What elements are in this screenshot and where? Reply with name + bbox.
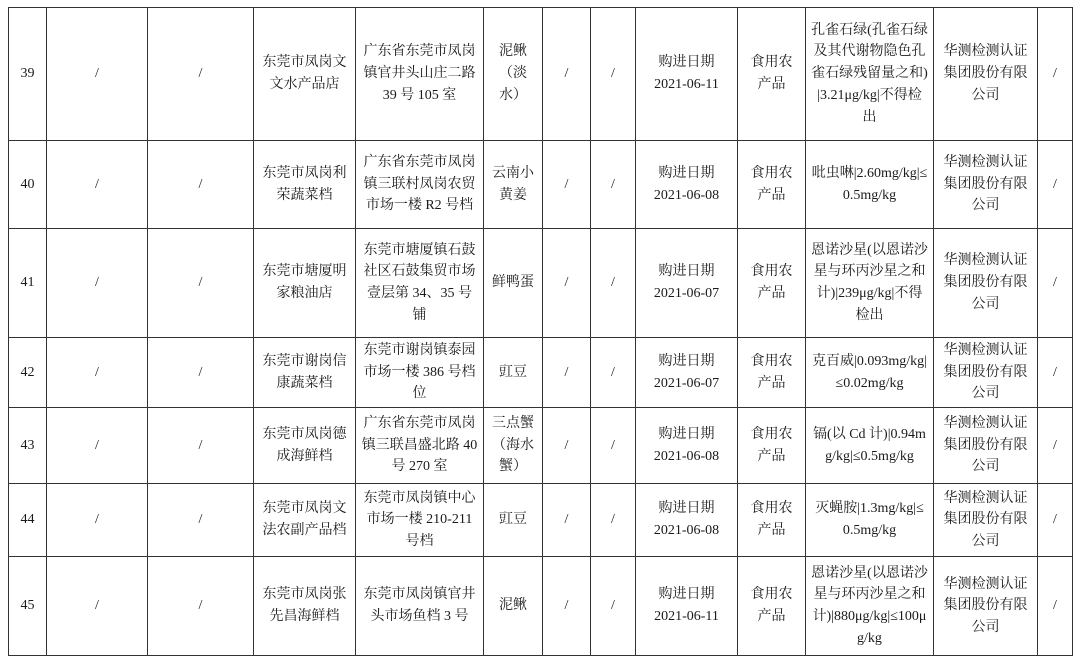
row-number-cell: 45 <box>9 557 47 656</box>
product-category-cell: 食用农 产品 <box>738 229 806 338</box>
product-category-cell: 食用农 产品 <box>738 484 806 557</box>
table-row: 39//东莞市凤岗文文水产品店广东省东莞市凤岗镇官井头山庄二路 39 号 105… <box>9 8 1073 141</box>
testing-agency-cell: 华测检测认证集团股份有限公司 <box>934 408 1038 484</box>
product-category-cell: 食用农 产品 <box>738 141 806 229</box>
seller-address-cell: 广东省东莞市凤岗镇三联昌盛北路 40 号 270 室 <box>356 408 484 484</box>
table-row: 42//东莞市谢岗信康蔬菜档东莞市谢岗镇泰园市场一楼 386 号档位豇豆//购进… <box>9 338 1073 408</box>
testing-agency-cell: 华测检测认证集团股份有限公司 <box>934 557 1038 656</box>
col7-cell: / <box>543 338 591 408</box>
inspection-table-body: 39//东莞市凤岗文文水产品店广东省东莞市凤岗镇官井头山庄二路 39 号 105… <box>9 8 1073 656</box>
col13-cell: / <box>1038 557 1073 656</box>
purchase-date-cell: 购进日期 2021-06-08 <box>636 141 738 229</box>
seller-name-cell: 东莞市凤岗利荣蔬菜档 <box>254 141 356 229</box>
col8-cell: / <box>591 229 636 338</box>
col8-cell: / <box>591 8 636 141</box>
col3-cell: / <box>148 229 254 338</box>
testing-agency-cell: 华测检测认证集团股份有限公司 <box>934 141 1038 229</box>
col3-cell: / <box>148 484 254 557</box>
table-row: 41//东莞市塘厦明家粮油店东莞市塘厦镇石鼓社区石鼓集贸市场壹层第 34、35 … <box>9 229 1073 338</box>
test-result-cell: 吡虫啉|2.60mg/kg|≤0.5mg/kg <box>806 141 934 229</box>
product-category-cell: 食用农 产品 <box>738 8 806 141</box>
seller-name-cell: 东莞市凤岗张先昌海鲜档 <box>254 557 356 656</box>
purchase-date-cell: 购进日期 2021-06-08 <box>636 408 738 484</box>
row-number-cell: 43 <box>9 408 47 484</box>
col7-cell: / <box>543 8 591 141</box>
col7-cell: / <box>543 229 591 338</box>
col8-cell: / <box>591 484 636 557</box>
table-row: 45//东莞市凤岗张先昌海鲜档东莞市凤岗镇官井头市场鱼档 3 号泥鳅//购进日期… <box>9 557 1073 656</box>
col13-cell: / <box>1038 8 1073 141</box>
col2-cell: / <box>47 8 148 141</box>
inspection-table: 39//东莞市凤岗文文水产品店广东省东莞市凤岗镇官井头山庄二路 39 号 105… <box>8 7 1073 656</box>
seller-address-cell: 东莞市凤岗镇官井头市场鱼档 3 号 <box>356 557 484 656</box>
seller-name-cell: 东莞市凤岗文文水产品店 <box>254 8 356 141</box>
seller-name-cell: 东莞市凤岗文法农副产品档 <box>254 484 356 557</box>
product-name-cell: 鲜鸭蛋 <box>484 229 543 338</box>
row-number-cell: 41 <box>9 229 47 338</box>
table-row: 44//东莞市凤岗文法农副产品档东莞市凤岗镇中心市场一楼 210-211 号档豇… <box>9 484 1073 557</box>
col2-cell: / <box>47 141 148 229</box>
col2-cell: / <box>47 338 148 408</box>
product-name-cell: 云南小黄姜 <box>484 141 543 229</box>
col7-cell: / <box>543 484 591 557</box>
row-number-cell: 42 <box>9 338 47 408</box>
col7-cell: / <box>543 141 591 229</box>
testing-agency-cell: 华测检测认证集团股份有限公司 <box>934 8 1038 141</box>
col13-cell: / <box>1038 484 1073 557</box>
col8-cell: / <box>591 338 636 408</box>
col2-cell: / <box>47 484 148 557</box>
testing-agency-cell: 华测检测认证集团股份有限公司 <box>934 229 1038 338</box>
seller-address-cell: 东莞市谢岗镇泰园市场一楼 386 号档位 <box>356 338 484 408</box>
row-number-cell: 39 <box>9 8 47 141</box>
col3-cell: / <box>148 338 254 408</box>
purchase-date-cell: 购进日期 2021-06-11 <box>636 557 738 656</box>
col13-cell: / <box>1038 408 1073 484</box>
col3-cell: / <box>148 8 254 141</box>
seller-name-cell: 东莞市凤岗德成海鲜档 <box>254 408 356 484</box>
seller-address-cell: 东莞市塘厦镇石鼓社区石鼓集贸市场壹层第 34、35 号铺 <box>356 229 484 338</box>
product-name-cell: 泥鳅（淡水） <box>484 8 543 141</box>
test-result-cell: 克百威|0.093mg/kg|≤0.02mg/kg <box>806 338 934 408</box>
product-category-cell: 食用农 产品 <box>738 557 806 656</box>
col7-cell: / <box>543 408 591 484</box>
table-row: 40//东莞市凤岗利荣蔬菜档广东省东莞市凤岗镇三联村凤岗农贸市场一楼 R2 号档… <box>9 141 1073 229</box>
col8-cell: / <box>591 557 636 656</box>
test-result-cell: 灭蝇胺|1.3mg/kg|≤0.5mg/kg <box>806 484 934 557</box>
product-name-cell: 豇豆 <box>484 484 543 557</box>
product-category-cell: 食用农 产品 <box>738 408 806 484</box>
testing-agency-cell: 华测检测认证集团股份有限公司 <box>934 484 1038 557</box>
test-result-cell: 恩诺沙星(以恩诺沙星与环丙沙星之和计)|239μg/kg|不得检出 <box>806 229 934 338</box>
seller-name-cell: 东莞市谢岗信康蔬菜档 <box>254 338 356 408</box>
purchase-date-cell: 购进日期 2021-06-08 <box>636 484 738 557</box>
purchase-date-cell: 购进日期 2021-06-07 <box>636 229 738 338</box>
testing-agency-cell: 华测检测认证集团股份有限公司 <box>934 338 1038 408</box>
col13-cell: / <box>1038 229 1073 338</box>
test-result-cell: 镉(以 Cd 计)|0.94mg/kg|≤0.5mg/kg <box>806 408 934 484</box>
table-row: 43//东莞市凤岗德成海鲜档广东省东莞市凤岗镇三联昌盛北路 40 号 270 室… <box>9 408 1073 484</box>
col7-cell: / <box>543 557 591 656</box>
col3-cell: / <box>148 557 254 656</box>
product-name-cell: 泥鳅 <box>484 557 543 656</box>
col13-cell: / <box>1038 338 1073 408</box>
col8-cell: / <box>591 141 636 229</box>
product-name-cell: 三点蟹（海水蟹） <box>484 408 543 484</box>
purchase-date-cell: 购进日期 2021-06-07 <box>636 338 738 408</box>
col3-cell: / <box>148 408 254 484</box>
col13-cell: / <box>1038 141 1073 229</box>
col3-cell: / <box>148 141 254 229</box>
seller-address-cell: 东莞市凤岗镇中心市场一楼 210-211 号档 <box>356 484 484 557</box>
col2-cell: / <box>47 229 148 338</box>
purchase-date-cell: 购进日期 2021-06-11 <box>636 8 738 141</box>
row-number-cell: 44 <box>9 484 47 557</box>
test-result-cell: 恩诺沙星(以恩诺沙星与环丙沙星之和计)|880μg/kg|≤100μg/kg <box>806 557 934 656</box>
document-page: 39//东莞市凤岗文文水产品店广东省东莞市凤岗镇官井头山庄二路 39 号 105… <box>0 0 1080 661</box>
seller-name-cell: 东莞市塘厦明家粮油店 <box>254 229 356 338</box>
seller-address-cell: 广东省东莞市凤岗镇三联村凤岗农贸市场一楼 R2 号档 <box>356 141 484 229</box>
test-result-cell: 孔雀石绿(孔雀石绿及其代谢物隐色孔雀石绿残留量之和)|3.21μg/kg|不得检… <box>806 8 934 141</box>
product-category-cell: 食用农 产品 <box>738 338 806 408</box>
col8-cell: / <box>591 408 636 484</box>
col2-cell: / <box>47 557 148 656</box>
seller-address-cell: 广东省东莞市凤岗镇官井头山庄二路 39 号 105 室 <box>356 8 484 141</box>
product-name-cell: 豇豆 <box>484 338 543 408</box>
row-number-cell: 40 <box>9 141 47 229</box>
col2-cell: / <box>47 408 148 484</box>
